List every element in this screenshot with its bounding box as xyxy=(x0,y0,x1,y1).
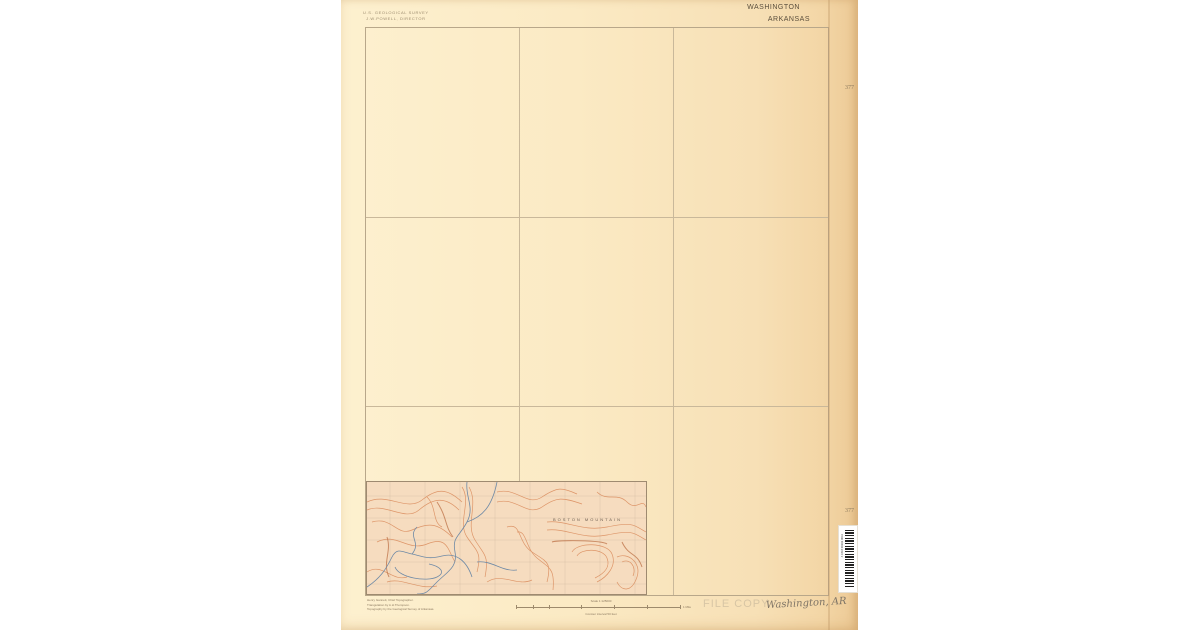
scale-label: Scale 1:125000 xyxy=(511,599,691,603)
scale-tick xyxy=(614,605,615,609)
scale-tick xyxy=(516,605,517,609)
contour-map xyxy=(367,482,646,594)
barcode-label: 3 1818 00202 0016 xyxy=(838,525,858,593)
scale-tick xyxy=(581,605,582,609)
scale-unit: 1 Mile xyxy=(683,605,691,609)
contour-interval: Contour interval 50 feet xyxy=(511,612,691,616)
survey-header: U.S. GEOLOGICAL SURVEY J.W.POWELL, DIREC… xyxy=(363,10,429,22)
map-sheet: U.S. GEOLOGICAL SURVEY J.W.POWELL, DIREC… xyxy=(341,0,858,630)
director-name: J.W.POWELL, DIRECTOR xyxy=(363,16,429,22)
handwritten-location: Washington, AR xyxy=(766,596,847,611)
margin-number-top: 377 xyxy=(845,85,854,91)
graticule-line xyxy=(366,406,828,407)
scale-tick xyxy=(549,605,550,609)
barcode-icon xyxy=(845,530,854,588)
file-copy-stamp: FILE COPY xyxy=(703,598,769,610)
scale-tick xyxy=(533,605,534,609)
scale-line xyxy=(516,607,681,608)
imprint-note: Henry Gannett, Chief Topographer. Triang… xyxy=(367,598,434,612)
state-name: ARKANSAS xyxy=(747,14,810,26)
scale-tick xyxy=(680,605,681,609)
barcode-number: 3 1818 00202 0016 xyxy=(840,534,844,557)
map-title: WASHINGTON ARKANSAS xyxy=(747,2,800,26)
scale-bar: Scale 1:125000 1 Mile Contour interval 5… xyxy=(511,599,691,619)
graticule-line xyxy=(673,28,674,595)
county-name: WASHINGTON xyxy=(747,2,800,14)
imprint-line: Topography by the Geological Survey of A… xyxy=(367,607,434,612)
scale-tick xyxy=(647,605,648,609)
graticule-line xyxy=(366,217,828,218)
topographic-inset[interactable]: BOSTON MOUNTAIN xyxy=(366,481,647,595)
mountain-label: BOSTON MOUNTAIN xyxy=(553,517,622,522)
margin-number-bottom: 377 xyxy=(845,508,854,514)
